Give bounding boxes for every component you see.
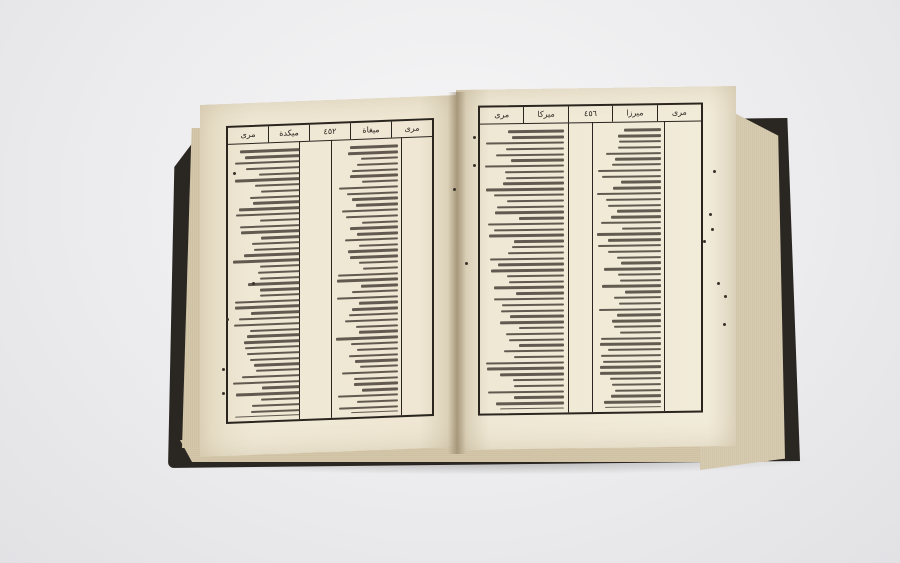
text-line [487,367,564,370]
text-line [362,179,398,183]
margin-dot [717,282,720,285]
text-line [497,205,564,208]
text-line [255,183,300,187]
text-line [359,330,398,334]
header-cell: مرى [480,107,523,124]
text-line [350,145,398,149]
text-line [239,316,300,321]
text-line [259,172,300,176]
text-line [502,303,564,306]
text-line [494,193,564,196]
text-line [600,371,661,374]
text-line [490,257,564,260]
text-line [514,396,564,399]
text-line [507,274,564,277]
text-line [606,152,661,155]
text-line [254,362,300,366]
text-line [519,344,564,347]
text-line [506,147,564,150]
text-line [349,353,398,357]
text-line [253,201,300,205]
text-line [251,310,300,314]
page-number: ٤٥٦ [568,106,612,123]
text-line [258,270,300,274]
text-line [338,393,398,398]
text-line [244,339,300,344]
margin-dot [703,240,706,243]
text-line [351,341,398,345]
text-line [356,203,398,207]
text-line [349,312,398,316]
text-line [614,296,661,299]
text-line [354,376,398,380]
text-line [619,140,661,143]
margin-dot [713,170,716,173]
text-line [519,217,564,220]
header-cell: ميرزا [612,105,656,122]
text-line [608,250,661,253]
margin-dot [723,323,726,326]
text-line [500,321,564,324]
margin-dot [711,228,714,231]
text-line [598,244,661,247]
text-line [233,380,300,385]
text-line [251,409,300,413]
text-line [506,332,564,335]
text-line [245,154,300,159]
text-line [501,309,564,312]
text-line [347,191,398,195]
text-line [598,169,661,172]
text-line [363,266,398,270]
text-line [256,368,300,372]
text-line [508,130,564,133]
text-line [342,370,398,375]
header-cell: مرى [228,126,268,144]
text-line [495,211,564,214]
text-line [235,160,300,165]
text-line [352,289,398,293]
margin-dot [724,295,727,298]
text-line [494,297,564,300]
margin-dot [222,368,225,371]
text-line [359,243,398,247]
text-line [602,175,661,178]
text-line [234,322,300,327]
text-line [260,264,300,268]
text-line [512,245,564,248]
text-line [357,162,398,166]
right-text-column-b [484,126,564,409]
header-cell: ميغاة [350,122,391,140]
text-line [610,377,661,380]
margin-dot [222,392,225,395]
text-line [357,231,398,235]
text-line [514,384,564,387]
page-number: ٤٥٢ [309,123,350,141]
text-line [261,189,300,193]
text-line [496,402,564,405]
text-line [597,192,661,195]
text-line [261,397,300,401]
text-line [250,328,300,332]
right-text-column-a [597,125,661,408]
text-line [488,222,564,225]
text-line [236,212,300,217]
text-line [612,163,661,166]
text-line [504,350,564,353]
text-line [486,141,564,144]
text-line [360,364,398,368]
text-line [348,249,398,253]
text-line [350,226,398,230]
text-line [240,149,300,154]
margin-dot [226,318,229,321]
text-line [503,182,564,185]
left-text-column-a [336,141,398,413]
text-line [494,286,564,289]
text-line [239,206,300,211]
text-line [260,293,300,297]
text-line [235,299,300,304]
right-page: مرى ميرزا ٤٥٦ ميركا مرى [456,86,736,450]
book-gutter [448,92,466,454]
text-line [608,238,661,241]
text-line [514,240,564,243]
text-line [336,336,398,341]
text-line [619,302,661,305]
text-line [357,399,398,403]
text-line [604,267,661,270]
text-line [494,228,564,231]
margin-dot [473,164,476,167]
column-rule [664,121,665,411]
text-line [260,287,300,291]
photo-scene: مرى ميغاة ٤٥٢ ميكدة مرى مرى ميرزا ٤٥٦ مي… [0,0,900,563]
text-line [489,234,564,237]
text-line [241,229,300,234]
text-line [352,168,398,172]
text-line [248,281,300,285]
text-line [236,391,300,396]
text-line [600,342,661,345]
text-line [339,185,398,190]
text-line [496,153,564,156]
text-line [618,273,661,276]
text-line [615,157,661,160]
text-line [604,400,661,403]
text-line [516,292,564,295]
text-line [621,181,661,184]
text-line [252,403,300,407]
text-line [260,276,300,280]
text-line [624,128,661,131]
text-line [362,220,398,224]
text-line [250,195,300,199]
text-line [262,386,300,390]
text-line [250,357,300,361]
margin-dot [453,188,456,191]
text-line [507,199,564,202]
column-rule [568,122,569,412]
header-cell: ميركا [523,106,567,123]
text-line [235,305,300,310]
right-page-frame: مرى ميرزا ٤٥٦ ميركا مرى [478,103,703,416]
text-line [597,233,661,236]
text-line [613,186,661,189]
text-line [359,301,398,305]
text-line [605,406,661,408]
text-line [602,285,661,288]
text-line [606,198,661,201]
text-line [612,383,661,386]
text-line [350,174,398,178]
column-rule [331,140,332,418]
text-line [345,318,398,322]
margin-dot [233,172,236,175]
text-line [356,324,398,328]
text-line [240,224,300,229]
text-line [601,221,661,224]
text-line [509,280,564,283]
text-line [625,290,661,293]
text-line [362,388,398,392]
text-line [254,247,300,251]
text-line [242,374,300,379]
text-line [361,156,398,160]
header-cell: مرى [391,120,432,138]
text-line [622,227,661,230]
column-rule [592,122,593,412]
text-line [244,253,300,258]
text-line [615,389,661,392]
text-line [486,188,564,191]
text-line [486,361,564,364]
text-line [357,347,398,351]
text-line [513,378,564,381]
text-line [498,263,564,266]
header-cell: ميكدة [268,125,309,143]
text-line [355,359,398,363]
text-line [252,241,300,245]
text-line [614,325,661,328]
text-line [352,197,398,201]
text-line [500,373,564,376]
text-line [618,146,661,149]
text-line [246,166,300,170]
text-line [235,177,300,182]
left-text-column-b [232,145,300,418]
text-line [608,204,661,207]
right-page-header: مرى ميرزا ٤٥٦ ميركا مرى [480,105,701,125]
text-line [600,366,661,369]
margin-dot [465,262,468,265]
text-line [505,170,564,173]
text-line [620,331,661,334]
text-line [500,407,564,409]
text-line [617,256,661,259]
text-line [348,151,398,155]
text-line [261,235,300,239]
text-line [603,360,661,363]
text-line [612,319,661,322]
text-line [235,414,300,417]
text-line [617,313,661,316]
text-line [491,269,564,272]
text-line [510,315,564,318]
text-line [342,208,398,213]
margin-dot [473,136,476,139]
text-line [337,295,398,300]
text-line [617,209,661,212]
text-line [514,355,564,358]
text-line [339,405,398,410]
text-line [351,411,398,414]
margin-dot [709,213,712,216]
column-rule [401,137,402,415]
text-line [620,279,661,282]
margin-dot [252,282,255,285]
text-line [519,326,564,329]
text-line [245,345,300,350]
text-line [361,283,398,287]
text-line [621,261,661,264]
left-page: مرى ميغاة ٤٥٢ ميكدة مرى [200,95,458,457]
text-line [618,134,661,137]
text-line [337,278,398,283]
text-line [338,272,398,277]
text-line [508,251,564,254]
text-line [488,390,564,393]
text-line [608,348,661,351]
text-line [359,260,398,264]
text-line [345,237,398,241]
text-line [346,214,398,218]
text-line [599,308,661,311]
text-line [611,394,661,397]
text-line [506,176,564,179]
text-line [512,136,564,139]
text-line [233,258,300,263]
text-line [354,382,398,386]
text-line [601,354,661,357]
header-cell: مرى [657,105,701,122]
text-line [260,218,300,222]
text-line [485,165,564,168]
text-line [601,337,661,340]
text-line [509,338,564,341]
text-line [247,351,300,355]
text-line [511,159,564,162]
text-line [611,215,661,218]
text-line [352,307,398,311]
text-line [247,334,300,338]
text-line [350,255,398,259]
left-page-frame: مرى ميغاة ٤٥٢ ميكدة مرى [226,118,434,424]
